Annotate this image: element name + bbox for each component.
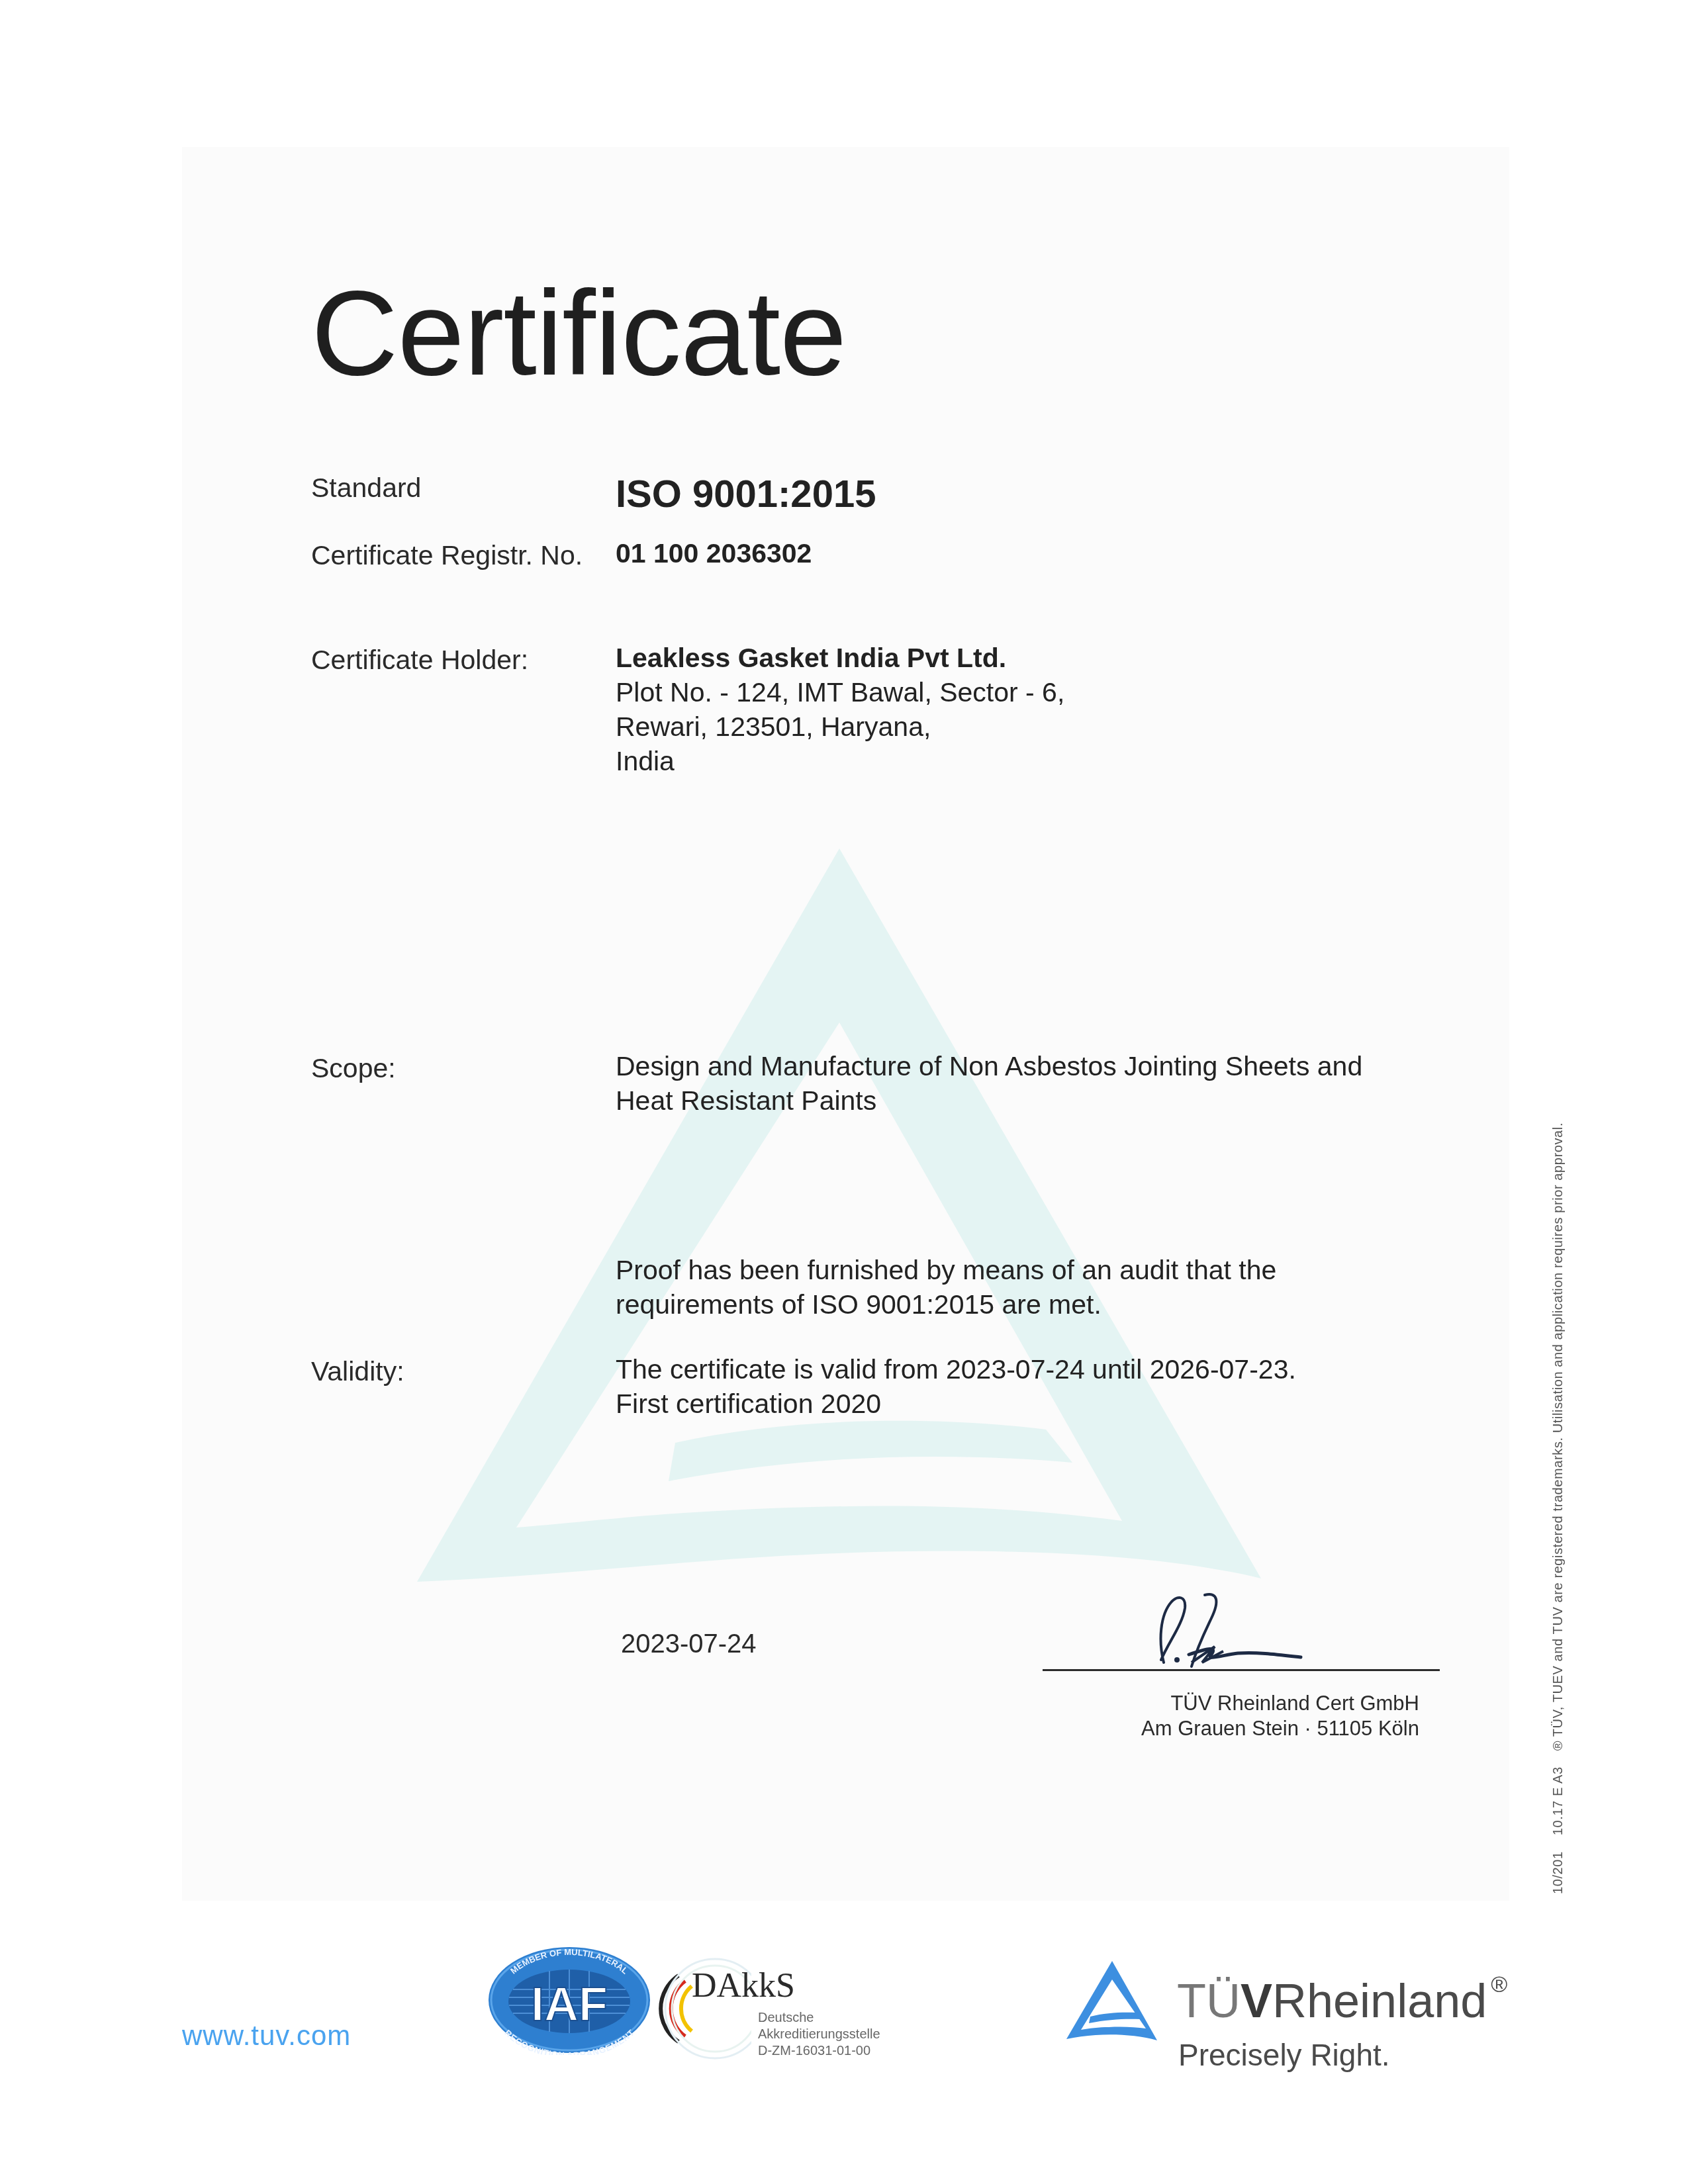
page-title: Certificate — [311, 273, 846, 393]
holder-label: Certificate Holder: — [311, 644, 528, 676]
tuv-triangle-logo-icon — [1062, 1956, 1162, 2042]
dakks-details: Deutsche Akkreditierungsstelle D-ZM-1603… — [758, 2010, 880, 2060]
standard-label: Standard — [311, 472, 421, 504]
dakks-accreditation-number: D-ZM-16031-01-00 — [758, 2043, 880, 2060]
validity-label: Validity: — [311, 1355, 404, 1388]
holder-block: Leakless Gasket India Pvt Ltd. Plot No. … — [616, 641, 1064, 778]
issuer-block: TÜV Rheinland Cert GmbH Am Grauen Stein … — [1141, 1691, 1419, 1741]
proof-line: Proof has been furnished by means of an … — [616, 1253, 1276, 1287]
dakks-line: Akkreditierungsstelle — [758, 2026, 880, 2043]
issue-date: 2023-07-24 — [621, 1629, 757, 1659]
svg-text:IAF: IAF — [531, 1978, 608, 2031]
tuv-rheinland-wordmark: TÜVRheinland® — [1177, 1978, 1507, 2025]
dakks-name: DAkkS — [692, 1966, 795, 2005]
trademark-notice: ® TÜV, TUEV and TUV are registered trade… — [1551, 1122, 1566, 1751]
brand-tagline: Precisely Right. — [1178, 2037, 1390, 2073]
first-certification: First certification 2020 — [616, 1387, 1296, 1421]
holder-address-line: Rewari, 123501, Haryana, — [616, 709, 1064, 744]
scope-line: Design and Manufacture of Non Asbestos J… — [616, 1049, 1362, 1083]
proof-line: requirements of ISO 9001:2015 are met. — [616, 1287, 1276, 1322]
form-version: 10.17 E A3 — [1551, 1766, 1566, 1835]
issuer-address: Am Grauen Stein · 51105 Köln — [1141, 1716, 1419, 1741]
signature-line — [1043, 1669, 1440, 1671]
scope-label: Scope: — [311, 1052, 396, 1085]
side-legal-note: 10/20110.17 E A3® TÜV, TUEV and TUV are … — [1551, 1107, 1566, 1894]
registration-number: 01 100 2036302 — [616, 536, 812, 570]
signature-icon — [1145, 1588, 1331, 1674]
iaf-logo-icon: IAF MEMBER OF MULTILATERAL RECOGNITION A… — [487, 1946, 652, 2055]
validity-text: The certificate is valid from 2023-07-24… — [616, 1352, 1296, 1421]
holder-address-line: Plot No. - 124, IMT Bawal, Sector - 6, — [616, 675, 1064, 709]
website-link[interactable]: www.tuv.com — [182, 2020, 351, 2052]
holder-name: Leakless Gasket India Pvt Ltd. — [616, 641, 1064, 675]
dakks-line: Deutsche — [758, 2010, 880, 2026]
proof-statement: Proof has been furnished by means of an … — [616, 1253, 1276, 1322]
dakks-logo: DAkkS Deutsche Akkreditierungsstelle D-Z… — [659, 1956, 923, 2068]
holder-address-line: India — [616, 744, 1064, 778]
standard-value: ISO 9001:2015 — [616, 475, 876, 514]
scope-line: Heat Resistant Paints — [616, 1083, 1362, 1118]
issuer-name: TÜV Rheinland Cert GmbH — [1141, 1691, 1419, 1716]
validity-line: The certificate is valid from 2023-07-24… — [616, 1352, 1296, 1387]
brand-rheinland: Rheinland — [1272, 1975, 1487, 2028]
registered-mark: ® — [1491, 1972, 1507, 1997]
brand-v: V — [1241, 1975, 1272, 2028]
registration-label: Certificate Registr. No. — [311, 539, 583, 572]
form-code: 10/201 — [1551, 1851, 1566, 1894]
scope-text: Design and Manufacture of Non Asbestos J… — [616, 1049, 1362, 1118]
brand-tu: TÜ — [1177, 1975, 1241, 2028]
